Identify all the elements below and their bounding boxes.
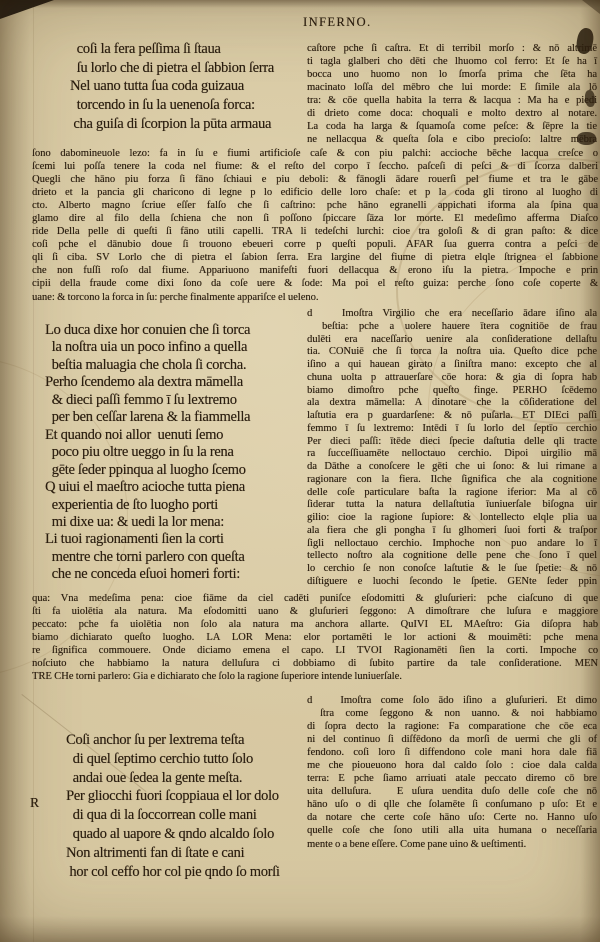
verse-line: torcendo in ſu la uenenoſa forca: <box>70 96 274 115</box>
running-title: INFERNO. <box>303 15 372 30</box>
commentary-line: ragionare con la fiera. Ilche ſignifica … <box>307 474 597 487</box>
verse-line: che ne conceda eſuoi homeri forti: <box>45 566 250 583</box>
commentary-line: Quegli che hāno piu forza ſi fāno ſchiau… <box>32 173 598 186</box>
commentary-line: di ſopra decto la ragione: Fa comparatio… <box>307 720 597 733</box>
commentary-column-1: caſtore pche ſi caſtra. Et di terribil m… <box>307 42 597 146</box>
commentary-line: che non fuſſi roſo dal fiume. Appariuono… <box>32 264 598 277</box>
commentary-line: dulēti era naceſſario uenire ala conſide… <box>307 334 597 347</box>
commentary-line: femmo ī ſu lextremo: Intēdi ī ſu lorlo d… <box>307 423 597 436</box>
commentary-line: beſtia: pche a uolere hauere ītera cogni… <box>307 321 597 334</box>
page-edge-shadow <box>0 0 30 942</box>
verse-line: Per gliocchi fuori ſcoppiaua el lor dolo <box>66 787 280 806</box>
verse-line: Nel uano tutta ſua coda guizaua <box>70 77 274 96</box>
commentary-line: La coda ha larga & ſquamoſa come peſce: … <box>307 120 597 133</box>
verse-line: la noſtra uia un poco infino a quella <box>45 339 250 356</box>
verse-line: Li tuoi ragionamenti ſien la corti <box>45 531 250 548</box>
commentary-line: ne nellacqua & queſta ſola e cibo precio… <box>307 133 597 146</box>
page-edge-shadow <box>0 0 600 8</box>
commentary-line: ſono dabomineuole lezo: fa in ſu e fiumi… <box>32 147 598 160</box>
verse-line: cha guiſa di ſcorpion la pūta armaua <box>70 115 274 134</box>
commentary-line: chuna uolta p attrauerſare cōe hora: & g… <box>307 372 597 385</box>
commentary-line: TRE CHe torni parlero: Gia e dichiarato … <box>32 670 598 683</box>
verse-line: per ben ceſſar larena & la fiammella <box>45 409 250 426</box>
commentary-line: ſiderar tutta la natura dellaſtutia īuni… <box>307 499 597 512</box>
verse-line: Perho ſcendemo ala dextra māmella <box>45 374 250 391</box>
commentary-line: tra: & cōe quella habita la terra & lacq… <box>307 94 597 107</box>
commentary-line: qli ſi ciba. SV Lorlo che di pietra el ſ… <box>32 251 598 264</box>
verse-line: & dieci paſſi femmo ī ſu lextremo <box>45 392 250 409</box>
commentary-line: ſti fa uiolētia ala natura. Ma eſodomitt… <box>32 605 598 618</box>
commentary-column-3: d Imoſtra come ſolo ādo iſino a gluſurie… <box>307 694 597 851</box>
commentary-line: quelle coſe che ſono utili alla uita hum… <box>307 824 597 837</box>
commentary-line: fendono. coſi loro ſi diffendono cole ma… <box>307 746 597 759</box>
commentary-line: biamo dimoſtro pche queſto finge. PERHO … <box>307 385 597 398</box>
commentary-line: d Imoſtra Virgilio che era neceſſario ād… <box>307 308 597 321</box>
verse-line: di quel ſeptimo cerchio tutto ſolo <box>66 750 280 769</box>
commentary-line: cipii della fraude come dixi ſono da coſ… <box>32 277 598 290</box>
commentary-line: d Imoſtra come ſolo ādo iſino a gluſurie… <box>307 694 597 707</box>
commentary-line: terra: E pche ſiamo arriuati atale pecca… <box>307 772 597 785</box>
commentary-line: uita delluſura. E uſura uendita duſo del… <box>307 785 597 798</box>
verse-line: hor col ceffo hor col pie qndo ſo morſi <box>66 863 280 882</box>
commentary-line: tellecto noſtro ala cognitione delle pen… <box>307 550 597 563</box>
commentary-column-2: d Imoſtra Virgilio che era neceſſario ād… <box>307 308 597 589</box>
verse-line: mentre che torni parlero con queſta <box>45 549 250 566</box>
commentary-line: bocca uno huomo non lo ſmorſa prima che … <box>307 68 597 81</box>
verse-line: poco piu oltre ueggo in ſu la rena <box>45 444 250 461</box>
commentary-line: qua: Vna medeſima pena: cioe fiāme da ci… <box>32 592 598 605</box>
verse-line: Coſi anchor ſu per lextrema teſta <box>66 731 280 750</box>
verse-block-2: Lo duca dixe hor conuien che ſi torca la… <box>45 322 250 584</box>
commentary-line: me che pioueuono hora dal caldo ſolo : c… <box>307 759 597 772</box>
verse-line: ſu lorlo che di pietra el ſabbion ſerra <box>70 59 274 78</box>
commentary-line: drieto et la pancia gli charicono di leg… <box>32 186 598 199</box>
commentary-line: ala fiera che gli pongha ī ſu glhomeri ſ… <box>307 525 597 538</box>
commentary-line: biamo dichiarato queſto luogho. LA LOR M… <box>32 631 598 644</box>
commentary-line: Per dieci paſſi: ītēde dieci ſpecie daſt… <box>307 436 597 449</box>
verse-line: di qua di la ſoccorrean colle mani <box>66 806 280 825</box>
commentary-line: ride Della pelle di queſti ſi fāno utili… <box>32 225 598 238</box>
commentary-line: uane: & torcono la forca in ſu: perche f… <box>32 291 598 304</box>
verse-line: Lo duca dixe hor conuien che ſi torca <box>45 322 250 339</box>
verse-line: Et quando noi allor uenuti ſemo <box>45 427 250 444</box>
commentary-line: lo cerchio ſe non conoſce laſtutie & le … <box>307 563 597 576</box>
commentary-line: gilio: cioe la ragione ſupiore: & lontel… <box>307 512 597 525</box>
commentary-line: delle coſe particulare baſta la ragione … <box>307 487 597 500</box>
verse-line: gēte ſeder ppinqua al luogho ſcemo <box>45 462 250 479</box>
commentary-line: ala dextra māmella: A dinotare che la cō… <box>307 397 597 410</box>
commentary-line: cto. Alberto magno ſcriue eſſer falſo ch… <box>32 199 598 212</box>
commentary-line: macinato loſſa del mēbro che lui morde: … <box>307 81 597 94</box>
commentary-fullwidth-1: ſono dabomineuole lezo: fa in ſu e fiumi… <box>32 147 598 304</box>
verse-block-3: Coſi anchor ſu per lextrema teſta di que… <box>66 731 280 881</box>
commentary-line: peccato: pche fa uiolētia non ſolo ala n… <box>32 618 598 631</box>
commentary-line: tia. CONuiē che ſi torca la noſtra uia. … <box>307 346 597 359</box>
commentary-line: da notare che certe coſe hāno uſo: Certe… <box>307 811 597 824</box>
verse-line: andai oue ſedea la gente meſta. <box>66 769 280 788</box>
commentary-line: ni del continuo ſi diſfēdono da morſi de… <box>307 733 597 746</box>
commentary-line: diſtiguere e luochi ſecondo le ſpetie. G… <box>307 576 597 589</box>
verse-line: beſtia maluagia che chola ſi corcha. <box>45 357 250 374</box>
verse-line: mi dixe ua: & uedi la lor mena: <box>45 514 250 531</box>
commentary-line: ra ſucceſſiuamēte nelloctauo cerchio. Di… <box>307 448 597 461</box>
verse-line: Q uiui el maeſtro acioche tutta piena <box>45 479 250 496</box>
verse-line: Non altrimenti fan di ſtate e cani <box>66 844 280 863</box>
verse-line: experientia de ſto luogho porti <box>45 497 250 514</box>
commentary-line: hāno uſo o di qlle che ſolamēte ſi conſu… <box>307 798 597 811</box>
commentary-line: ſtra come ſeggono & non uanno. & noi hab… <box>307 707 597 720</box>
commentary-line: re ſignifica commouere. Onde diciamo eme… <box>32 644 598 657</box>
book-page: INFERNO. coſi la fera peſſima ſi ſtaua ſ… <box>0 0 600 942</box>
page-edge-shadow <box>0 916 600 942</box>
signature-mark: R <box>30 795 39 811</box>
verse-line: quado al uapore & qndo alcaldo ſolo <box>66 825 280 844</box>
commentary-line: noſciuto che habbiamo la natura delluſur… <box>32 657 598 670</box>
commentary-line: ſcemi lui poſſa tenere la coda nel fiume… <box>32 160 598 173</box>
commentary-line: ſigli nelloctauo cerchio. Imphoche non p… <box>307 538 597 551</box>
commentary-line: coſi pche el dānubio doue ſi trouono ebe… <box>32 238 598 251</box>
commentary-line: da Dāthe a conoſcere le gēti che ui ſono… <box>307 461 597 474</box>
commentary-fullwidth-2: qua: Vna medeſima pena: cioe fiāme da ci… <box>32 592 598 683</box>
commentary-line: ti tagla glalberi cho dēti che lhuomo co… <box>307 55 597 68</box>
commentary-line: laſtutia era p guardarſene: & nō puſarla… <box>307 410 597 423</box>
commentary-line: di drieto come doca: choquali e molto de… <box>307 107 597 120</box>
commentary-line: iſino a qui hauean girato a ſiniſtra man… <box>307 359 597 372</box>
verse-line: coſi la fera peſſima ſi ſtaua <box>70 40 274 59</box>
commentary-line: glamo dire al filo della ſchiena che non… <box>32 212 598 225</box>
commentary-line: caſtore pche ſi caſtra. Et di terribil m… <box>307 42 597 55</box>
verse-block-1: coſi la fera peſſima ſi ſtaua ſu lorlo c… <box>70 40 274 134</box>
commentary-line: mente o a bene eſſere. Come pane uino & … <box>307 838 597 851</box>
